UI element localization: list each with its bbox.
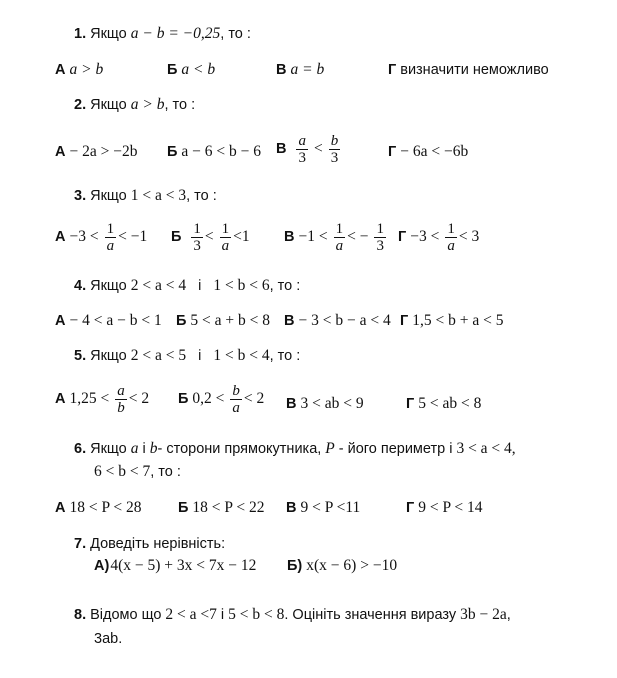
problem-number: 1. [74, 26, 86, 42]
option-c[interactable]: В9 < P <11 [286, 499, 360, 517]
option-a[interactable]: А18 < P < 28 [55, 499, 142, 517]
option-c[interactable]: В3 < ab < 9 [286, 395, 364, 413]
option-a[interactable]: А1,25 < ab< 2 [55, 383, 149, 416]
option-b[interactable]: Б0,2 < ba< 2 [178, 383, 264, 416]
problem-8-prompt-cont: 3ab. [94, 630, 122, 648]
option-b[interactable]: Б18 < P < 22 [178, 499, 264, 517]
option-b[interactable]: Бa − 6 < b − 6 [167, 143, 261, 161]
part-b[interactable]: Б)x(x − 6) > −10 [287, 557, 397, 575]
option-c[interactable]: В a3 < b3 [276, 133, 342, 166]
option-d[interactable]: Г1,5 < b + a < 5 [400, 312, 503, 330]
problem-1-prompt: 1. Якщо a − b = −0,25, то : [74, 25, 251, 43]
problem-2-prompt: 2. Якщо a > b, то : [74, 96, 195, 114]
option-d[interactable]: Г−3 < 1a< 3 [398, 221, 479, 254]
option-a[interactable]: А− 4 < a − b < 1 [55, 312, 162, 330]
option-a[interactable]: А− 2a > −2b [55, 143, 137, 161]
condition: a − b = −0,25 [131, 25, 221, 42]
problem-3-prompt: 3. Якщо 1 < a < 3, то : [74, 187, 217, 205]
problem-5-prompt: 5. Якщо 2 < a < 5 і 1 < b < 4, то : [74, 347, 300, 365]
problem-8-prompt: 8. Відомо що 2 < a <7 і 5 < b < 8. Оціні… [74, 606, 511, 624]
option-d[interactable]: Гвизначити неможливо [388, 61, 549, 79]
problem-7-prompt: 7. Доведіть нерівність: [74, 535, 225, 553]
option-d[interactable]: Г9 < P < 14 [406, 499, 483, 517]
problem-6-prompt: 6. Якщо a і b- сторони прямокутника, P -… [74, 440, 516, 458]
option-a[interactable]: Аa > b [55, 61, 103, 79]
option-a[interactable]: А−3 < 1a< −1 [55, 221, 147, 254]
option-b[interactable]: Б 13< 1a<1 [171, 221, 250, 254]
part-a[interactable]: А)4(x − 5) + 3x < 7x − 12 [94, 557, 256, 575]
option-d[interactable]: Г− 6a < −6b [388, 143, 468, 161]
option-c[interactable]: В−1 < 1a< − 13 [284, 221, 388, 254]
option-d[interactable]: Г5 < ab < 8 [406, 395, 481, 413]
option-c[interactable]: Вa = b [276, 61, 324, 79]
problem-4-prompt: 4. Якщо 2 < a < 4 і 1 < b < 6, то : [74, 277, 300, 295]
option-c[interactable]: В− 3 < b − a < 4 [284, 312, 391, 330]
problem-6-prompt-cont: 6 < b < 7, то : [94, 463, 181, 481]
option-b[interactable]: Б5 < a + b < 8 [176, 312, 270, 330]
option-b[interactable]: Бa < b [167, 61, 215, 79]
